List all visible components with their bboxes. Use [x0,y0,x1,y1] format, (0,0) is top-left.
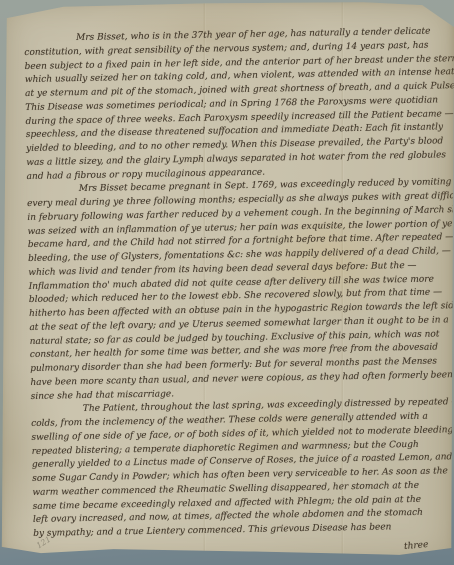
manuscript-text: Mrs Bisset, who is in the 37th year of h… [24,25,454,541]
catchword: three [403,540,428,552]
manuscript-page: Mrs Bisset, who is in the 37th year of h… [0,0,454,565]
